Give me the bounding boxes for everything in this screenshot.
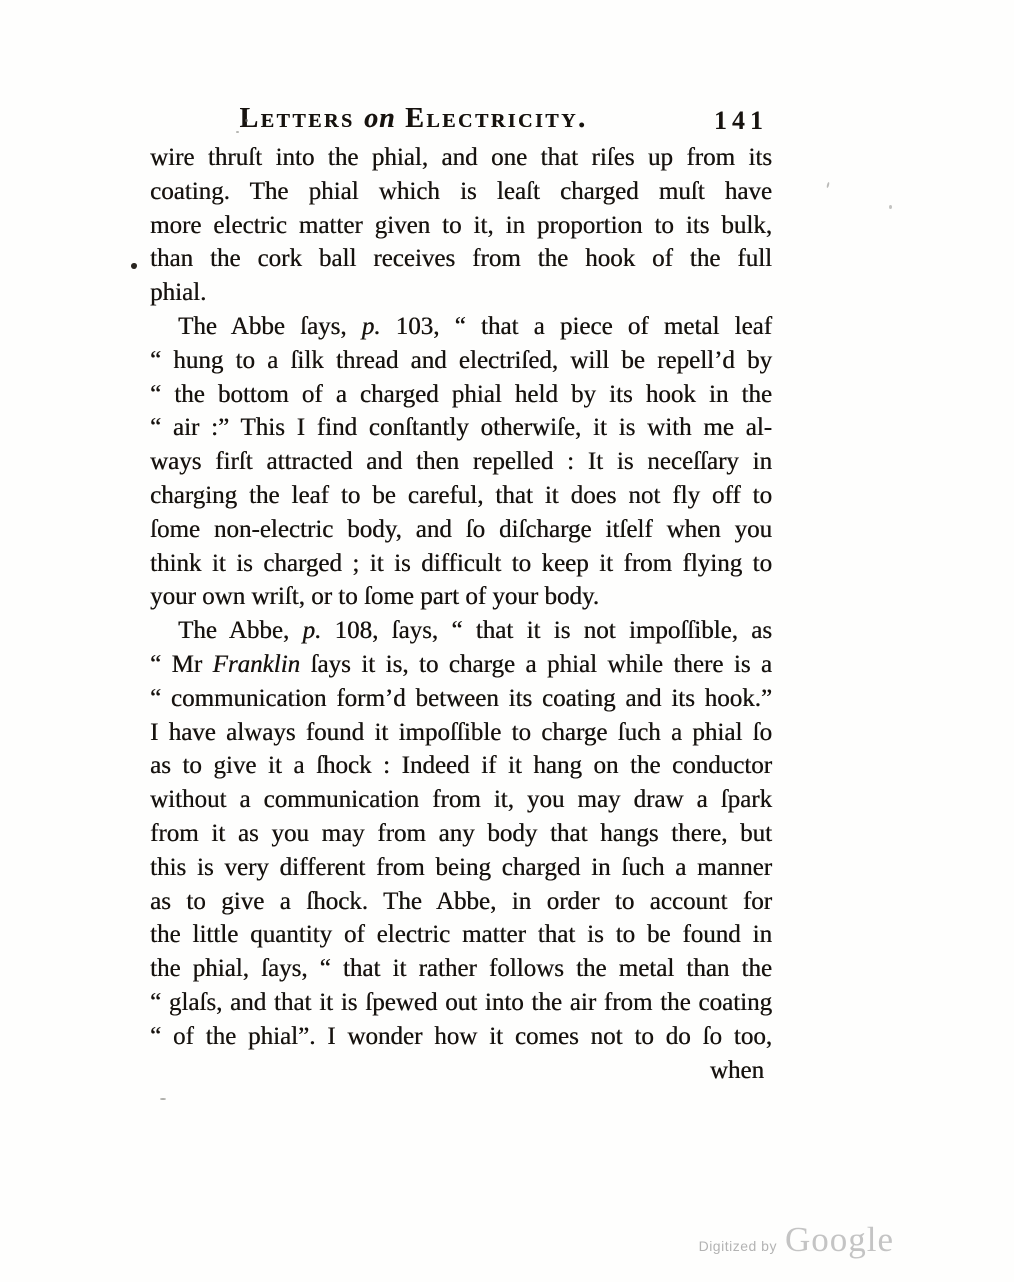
text-line: The Abbe ſays, p. 103, “ that a piece of… xyxy=(150,310,772,344)
text-line: “ the bottom of a charged phial held by … xyxy=(150,378,772,412)
text-line: coating. The phial which is leaſt charge… xyxy=(150,175,772,209)
text-line: “ Mr Franklin ſays it is, to charge a ph… xyxy=(150,648,772,682)
text-segment: think it is charged ; it is difficult to… xyxy=(150,550,772,577)
text-segment: from it as you may from any body that ha… xyxy=(150,820,772,847)
text-segment: p. xyxy=(362,313,381,340)
text-segment: 108, ſays, “ that it is not impoſſible, … xyxy=(321,617,772,644)
text-segment: more electric matter given to it, in pro… xyxy=(150,212,772,239)
text-segment: your own wriſt, or to ſome part of your … xyxy=(150,583,599,610)
digitized-by-google-watermark: Digitized by Google xyxy=(699,1220,894,1260)
text-segment: the little quantity of electric matter t… xyxy=(150,921,772,948)
text-segment: “ air :” This I find conſtantly otherwiſ… xyxy=(150,414,772,441)
text-line: than the cork ball receives from the hoo… xyxy=(150,242,772,276)
text-line: when xyxy=(150,1054,772,1088)
text-segment: “ of the phial”. I wonder how it comes n… xyxy=(150,1023,772,1050)
text-line: “ of the phial”. I wonder how it comes n… xyxy=(150,1020,772,1054)
ink-speck xyxy=(826,182,829,188)
text-segment: as to give it a ſhock : Indeed if it han… xyxy=(150,752,772,779)
text-segment: 103, “ that a piece of metal leaf xyxy=(380,313,772,340)
page-title: Letters on Electricity. xyxy=(150,103,677,135)
text-segment: Electricity. xyxy=(396,103,588,134)
text-line: ways firſt attracted and then repelled :… xyxy=(150,445,772,479)
ink-speck xyxy=(160,1098,166,1100)
text-segment: the phial, ſays, “ that it rather follow… xyxy=(150,955,772,982)
text-segment: charging the leaf to be careful, that it… xyxy=(150,482,772,509)
text-line: “ hung to a ſilk thread and electriſed, … xyxy=(150,344,772,378)
text-segment: “ Mr xyxy=(150,651,213,678)
text-line: “ glaſs, and that it is ſpewed out into … xyxy=(150,986,772,1020)
text-segment: without a communication from it, you may… xyxy=(150,786,772,813)
ink-speck xyxy=(236,131,239,133)
text-segment: ſays it is, to charge a phial while ther… xyxy=(300,651,772,678)
text-line: as to give it a ſhock : Indeed if it han… xyxy=(150,749,772,783)
text-segment: The Abbe ſays, xyxy=(178,313,362,340)
text-segment: p. xyxy=(302,617,321,644)
text-line: without a communication from it, you may… xyxy=(150,783,772,817)
text-segment: I have always found it impoſſible to cha… xyxy=(150,719,772,746)
text-segment: Letters xyxy=(239,103,364,134)
text-line: ſome non-electric body, and ſo diſcharge… xyxy=(150,513,772,547)
book-page-scan: Letters on Electricity. 141 wire thruſt … xyxy=(0,0,1014,1282)
text-segment: ways firſt attracted and then repelled :… xyxy=(150,448,772,475)
ink-speck xyxy=(889,205,892,209)
text-line: “ communication form’d between its coati… xyxy=(150,682,772,716)
text-line: wire thruſt into the phial, and one that… xyxy=(150,141,772,175)
text-segment: coating. The phial which is leaſt charge… xyxy=(150,178,772,205)
text-line: the phial, ſays, “ that it rather follow… xyxy=(150,952,772,986)
running-head: Letters on Electricity. 141 xyxy=(150,103,772,143)
page-number: 141 xyxy=(714,106,768,136)
text-segment: wire thruſt into the phial, and one that… xyxy=(150,144,772,171)
text-segment: “ the bottom of a charged phial held by … xyxy=(150,381,772,408)
text-line: I have always found it impoſſible to cha… xyxy=(150,716,772,750)
text-segment: “ hung to a ſilk thread and electriſed, … xyxy=(150,347,772,374)
ink-speck xyxy=(245,119,248,122)
text-segment: phial. xyxy=(150,279,206,306)
text-line: “ air :” This I find conſtantly otherwiſ… xyxy=(150,411,772,445)
text-segment: than the cork ball receives from the hoo… xyxy=(150,245,772,272)
text-line: the little quantity of electric matter t… xyxy=(150,918,772,952)
text-segment: ſome non-electric body, and ſo diſcharge… xyxy=(150,516,772,543)
text-line: charging the leaf to be careful, that it… xyxy=(150,479,772,513)
text-segment: when xyxy=(710,1057,764,1084)
text-segment: on xyxy=(364,103,396,134)
text-line: as to give a ſhock. The Abbe, in order t… xyxy=(150,885,772,919)
text-line: from it as you may from any body that ha… xyxy=(150,817,772,851)
ink-spot xyxy=(131,263,137,269)
text-line: The Abbe, p. 108, ſays, “ that it is not… xyxy=(150,614,772,648)
text-segment: as to give a ſhock. The Abbe, in order t… xyxy=(150,888,772,915)
text-line: more electric matter given to it, in pro… xyxy=(150,209,772,243)
text-line: phial. xyxy=(150,276,772,310)
page-lines: wire thruſt into the phial, and one that… xyxy=(150,141,772,1087)
text-segment: “ communication form’d between its coati… xyxy=(150,685,772,712)
text-segment: “ glaſs, and that it is ſpewed out into … xyxy=(150,989,772,1016)
text-segment: this is very different from being charge… xyxy=(150,854,772,881)
text-line: this is very different from being charge… xyxy=(150,851,772,885)
text-segment: Franklin xyxy=(213,651,301,678)
text-segment: The Abbe, xyxy=(178,617,302,644)
text-line: your own wriſt, or to ſome part of your … xyxy=(150,580,772,614)
google-logo: Google xyxy=(785,1220,894,1260)
text-line: think it is charged ; it is difficult to… xyxy=(150,547,772,581)
watermark-prefix: Digitized by xyxy=(699,1238,777,1254)
